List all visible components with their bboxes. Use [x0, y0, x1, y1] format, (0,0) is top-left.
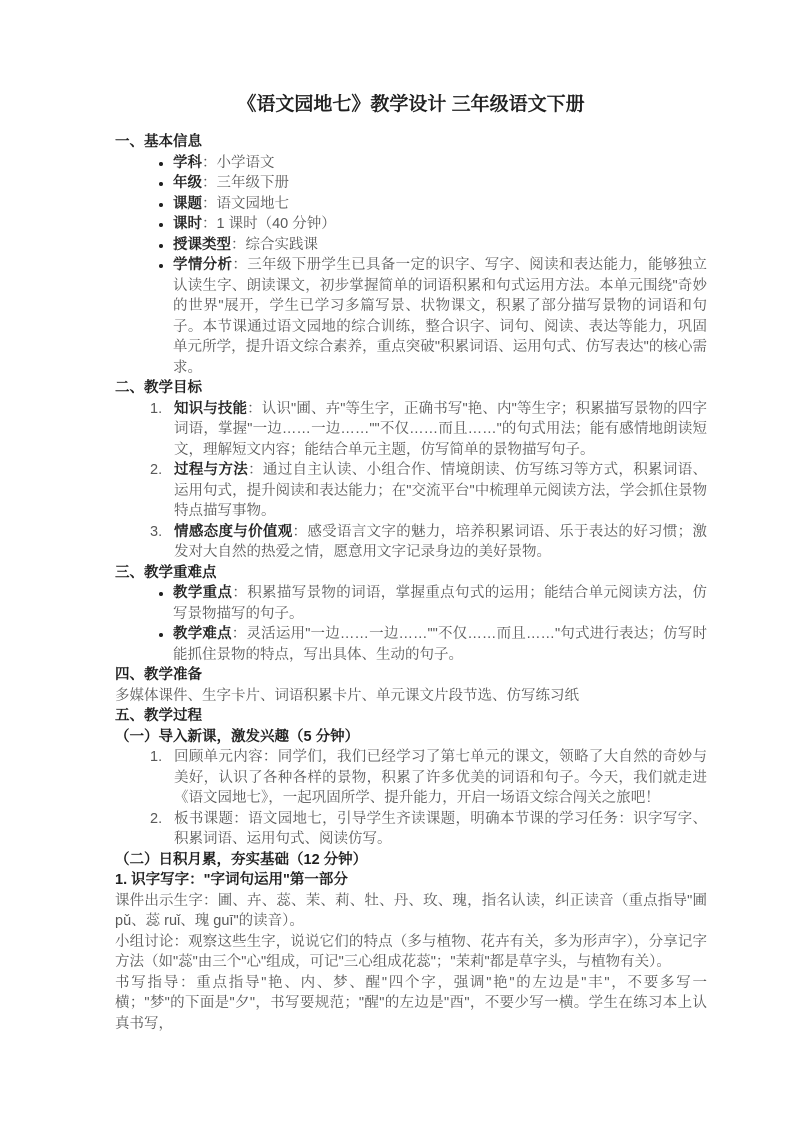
numbered-item: 1. 回顾单元内容：同学们，我们已经学习了第七单元的课文，领略了大自然的奇妙与美… — [150, 747, 707, 809]
section-heading-objectives: 二、教学目标 — [115, 378, 707, 399]
process-paragraph: 小组讨论：观察这些生字，说说它们的特点（多与植物、花卉有关，多为形声字），分享记… — [115, 932, 707, 973]
process-paragraph: 课件出示生字：圃、卉、蕊、茉、莉、牡、丹、玫、瑰，指名认读，纠正读音（重点指导"… — [115, 891, 707, 932]
item-label: 过程与方法 — [174, 462, 248, 478]
item-label: 年级 — [173, 175, 202, 191]
item-number: 2. — [150, 809, 174, 850]
item-label: 学科 — [173, 155, 202, 171]
item-body: 情感态度与价值观：感受语言文字的魅力，培养积累词语、乐于表达的好习惯；激发对大自… — [174, 522, 707, 563]
item-text: ：1 课时（40 分钟） — [202, 216, 336, 232]
item-text: ：三年级下册 — [202, 175, 289, 191]
item-body: 过程与方法：通过自主认读、小组合作、情境朗读、仿写练习等方式，积累词语、运用句式… — [174, 460, 707, 522]
item-text: 回顾单元内容：同学们，我们已经学习了第七单元的课文，领略了大自然的奇妙与美好，认… — [174, 747, 707, 809]
item-number: 1. — [150, 747, 174, 809]
key-points-list: 教学重点：积累描写景物的词语，掌握重点句式的运用；能结合单元阅读方法，仿写景物描… — [115, 583, 707, 665]
list-item: 课题：语文园地七 — [173, 194, 707, 215]
item-label: 授课类型 — [173, 237, 231, 253]
item-number: 3. — [150, 522, 174, 563]
section-heading-key-points: 三、教学重难点 — [115, 563, 707, 584]
list-item: 教学难点：灵活运用"一边……一边……""不仅……而且……"句式进行表达；仿写时能… — [173, 624, 707, 665]
item-label: 教学难点 — [173, 626, 232, 642]
list-item: 教学重点：积累描写景物的词语，掌握重点句式的运用；能结合单元阅读方法，仿写景物描… — [173, 583, 707, 624]
item-number: 1. — [150, 399, 174, 461]
numbered-item: 1. 知识与技能：认识"圃、卉"等生字，正确书写"艳、内"等生字；积累描写景物的… — [150, 399, 707, 461]
numbered-item: 2. 板书课题：语文园地七，引导学生齐读课题，明确本节课的学习任务：识字写字、积… — [150, 809, 707, 850]
section-heading-preparation: 四、教学准备 — [115, 665, 707, 686]
item-body: 知识与技能：认识"圃、卉"等生字，正确书写"艳、内"等生字；积累描写景物的四字词… — [174, 399, 707, 461]
item-text: ：三年级下册学生已具备一定的识字、写字、阅读和表达能力，能够独立认读生字、朗读课… — [173, 257, 707, 376]
section-heading-process: 五、教学过程 — [115, 706, 707, 727]
item-number: 2. — [150, 460, 174, 522]
item-label: 知识与技能 — [174, 401, 247, 417]
process-paragraph: 书写指导：重点指导"艳、内、梦、醒"四个字，强调"艳"的左边是"丰"，不要多写一… — [115, 973, 707, 1035]
item-text: 板书课题：语文园地七，引导学生齐读课题，明确本节课的学习任务：识字写字、积累词语… — [174, 809, 707, 850]
list-item: 课时：1 课时（40 分钟） — [173, 214, 707, 235]
list-item: 学科：小学语文 — [173, 153, 707, 174]
process-part1-heading: （一）导入新课，激发兴趣（5 分钟） — [115, 727, 707, 748]
document-title: 《语文园地七》教学设计 三年级语文下册 — [115, 92, 707, 118]
preparation-paragraph: 多媒体课件、生字卡片、词语积累卡片、单元课文片段节选、仿写练习纸 — [115, 686, 707, 707]
item-text: ：灵活运用"一边……一边……""不仅……而且……"句式进行表达；仿写时能抓住景物… — [173, 626, 707, 663]
process-part2-heading: （二）日积月累，夯实基础（12 分钟） — [115, 850, 707, 871]
list-item: 学情分析：三年级下册学生已具备一定的识字、写字、阅读和表达能力，能够独立认读生字… — [173, 255, 707, 378]
item-text: ：积累描写景物的词语，掌握重点句式的运用；能结合单元阅读方法，仿写景物描写的句子… — [173, 585, 707, 622]
list-item: 授课类型：综合实践课 — [173, 235, 707, 256]
lesson-plan-document: 《语文园地七》教学设计 三年级语文下册 一、基本信息 学科：小学语文 年级：三年… — [0, 0, 794, 1123]
item-label: 情感态度与价值观 — [174, 524, 293, 540]
item-text: ：通过自主认读、小组合作、情境朗读、仿写练习等方式，积累词语、运用句式，提升阅读… — [174, 462, 707, 519]
basic-info-list: 学科：小学语文 年级：三年级下册 课题：语文园地七 课时：1 课时（40 分钟）… — [115, 153, 707, 379]
numbered-item: 2. 过程与方法：通过自主认读、小组合作、情境朗读、仿写练习等方式，积累词语、运… — [150, 460, 707, 522]
process-part2-subheading: 1. 识字写字："字词句运用"第一部分 — [115, 870, 707, 891]
item-label: 课题 — [173, 196, 202, 212]
item-text: ：认识"圃、卉"等生字，正确书写"艳、内"等生字；积累描写景物的四字词语，掌握"… — [174, 401, 707, 458]
section-heading-basic-info: 一、基本信息 — [115, 132, 707, 153]
numbered-item: 3. 情感态度与价值观：感受语言文字的魅力，培养积累词语、乐于表达的好习惯；激发… — [150, 522, 707, 563]
item-label: 教学重点 — [173, 585, 232, 601]
item-text: ：综合实践课 — [231, 237, 318, 253]
item-label: 学情分析 — [173, 257, 232, 273]
item-text: ：小学语文 — [202, 155, 275, 171]
item-text: ：语文园地七 — [202, 196, 289, 212]
item-label: 课时 — [173, 216, 202, 232]
list-item: 年级：三年级下册 — [173, 173, 707, 194]
